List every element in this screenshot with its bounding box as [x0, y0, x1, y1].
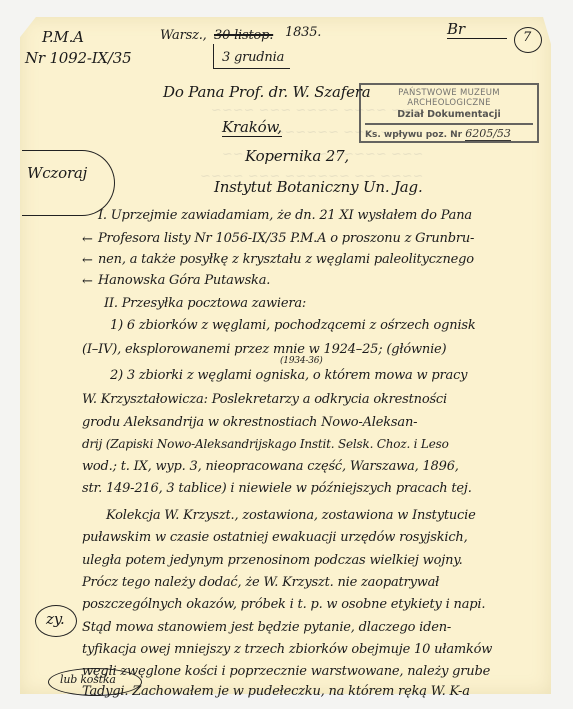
margin-note-wczoraj: Wczoraj — [27, 164, 87, 182]
arrow-left-icon: ← — [82, 274, 93, 289]
body-line: II. Przesyłka pocztowa zawiera: — [104, 296, 306, 311]
body-line: grodu Aleksandrija w okrestnostiach Nowo… — [82, 415, 417, 430]
stamp-entry-label: Ks. wpływu poz. Nr — [365, 130, 462, 140]
arrow-left-icon: ← — [82, 253, 93, 268]
body-line: wod.; t. IX, wyp. 3, nieopracowana część… — [82, 459, 459, 474]
body-line: 1) 6 zbiorków z węglami, pochodzącemi z … — [110, 318, 476, 333]
address-line-4: Instytut Botaniczny Un. Jag. — [214, 178, 423, 196]
address-line-1: Do Pana Prof. dr. W. Szafera — [163, 83, 370, 101]
archive-stamp: PAŃSTWOWE MUZEUM ARCHEOLOGICZNE Dział Do… — [359, 83, 539, 143]
body-line-insert: (1934-36) — [280, 356, 323, 366]
body-line: (I–IV), eksplorowanemi przez mnie w 1924… — [82, 342, 446, 357]
body-line: drij (Zapiski Nowo-Aleksandrijskago Inst… — [82, 437, 449, 451]
body-line: tyfikacja owej mniejszy z trzech zbiorkó… — [82, 642, 492, 657]
body-line: węgli zwęglone kości i poprzecznie warst… — [82, 664, 490, 679]
year: 1835. — [285, 25, 321, 40]
body-line: 2) 3 zbiorki z węglami ogniska, o którem… — [110, 368, 467, 383]
margin-note-bracket — [22, 150, 115, 216]
stamp-department: Dział Dokumentacji — [361, 109, 537, 120]
body-line: str. 149-216, 3 tablice) i niewiele w pó… — [82, 481, 472, 496]
body-line: puławskim w czasie ostatniej ewakuacji u… — [82, 530, 468, 545]
address-line-3: Kopernika 27, — [245, 147, 349, 165]
body-line: Stąd mowa stanowiem jest będzie pytanie,… — [82, 620, 451, 635]
body-line: Hanowska Góra Putawska. — [98, 273, 270, 288]
margin-note-zy: zy. — [46, 610, 65, 628]
place: Warsz., — [160, 28, 207, 43]
body-line: Prócz tego należy dodać, że W. Krzyszt. … — [82, 575, 439, 590]
stamp-institution: PAŃSTWOWE MUZEUM ARCHEOLOGICZNE — [361, 88, 537, 108]
body-line: Tadygi. Zachowałem je w pudełeczku, na k… — [82, 684, 470, 699]
body-line: poszczególnych okazów, próbek i t. p. w … — [82, 597, 485, 612]
stamp-entry: Ks. wpływu poz. Nr 6205/53 — [361, 127, 537, 140]
page-number: 7 — [523, 30, 531, 45]
date-boxed: 3 grudnia — [222, 50, 284, 65]
date-struck: 30 listop. — [214, 28, 273, 43]
body-line: I. Uprzejmie zawiadamiam, że dn. 21 XI w… — [98, 208, 472, 223]
address-line-2: Kraków, — [222, 118, 282, 137]
body-line: W. Krzyształowicza: Poslekretarzy a odkr… — [82, 392, 447, 407]
ref-top: P.M.A — [42, 28, 84, 46]
ref-number: Nr 1092-IX/35 — [25, 49, 131, 67]
body-line: uległa potem jedynym przenosinom podczas… — [82, 553, 463, 568]
stamp-rule — [365, 123, 533, 125]
body-line: Kolekcja W. Krzyszt., zostawiona, zostaw… — [106, 508, 476, 523]
body-line: nen, a także posyłkę z kryształu z węgla… — [98, 252, 474, 267]
arrow-left-icon: ← — [82, 232, 93, 247]
initials: Br — [447, 20, 507, 39]
stamp-entry-number: 6205/53 — [465, 127, 511, 141]
body-line: Profesora listy Nr 1056-IX/35 P.M.A o pr… — [98, 231, 474, 246]
